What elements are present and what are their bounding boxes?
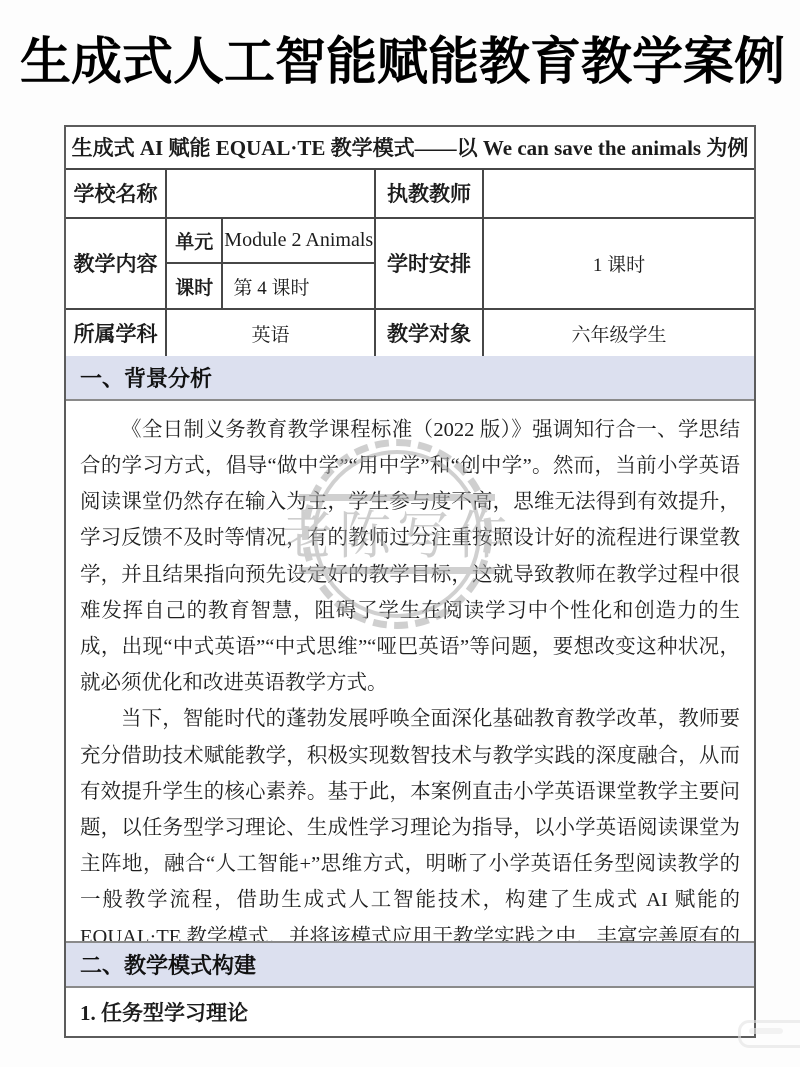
unit-value: Module 2 Animals: [223, 219, 374, 263]
audience-label: 教学对象: [376, 310, 484, 356]
subject-value: 英语: [167, 310, 376, 356]
subsection-1-title: 1. 任务型学习理论: [80, 997, 248, 1027]
background-analysis-body: 《全日制义务教育教学课程标准（2022 版）》强调知行合一、学思结合的学习方式，…: [66, 401, 754, 942]
table-caption-row: 生成式 AI 赋能 EQUAL·TE 教学模式——以 We can save t…: [66, 127, 754, 170]
school-name-label: 学校名称: [66, 170, 167, 217]
section-1-title: 一、背景分析: [80, 362, 212, 393]
unit-label: 单元: [167, 219, 223, 263]
body-paragraph-1: 《全日制义务教育教学课程标准（2022 版）》强调知行合一、学思结合的学习方式，…: [80, 412, 740, 702]
corner-logo-watermark: [738, 1020, 800, 1048]
subsection-task-based-learning: 1. 任务型学习理论: [66, 988, 754, 1036]
section-2-title: 二、教学模式构建: [80, 949, 256, 980]
hours-label: 学时安排: [376, 219, 484, 309]
school-teacher-row: 学校名称 执教教师: [66, 170, 754, 219]
subject-label: 所属学科: [66, 310, 167, 356]
teacher-value: [484, 170, 754, 217]
teacher-label: 执教教师: [376, 170, 484, 217]
school-name-value: [167, 170, 376, 217]
lesson-value: 第 4 课时: [223, 264, 374, 308]
subject-audience-row: 所属学科 英语 教学对象 六年级学生: [66, 310, 754, 356]
body-paragraph-2: 当下，智能时代的蓬勃发展呼唤全面深化基础教育教学改革，教师要充分借助技术赋能教学…: [80, 701, 740, 941]
unit-subrow: 单元 Module 2 Animals: [167, 219, 374, 265]
teaching-case-document: 生成式 AI 赋能 EQUAL·TE 教学模式——以 We can save t…: [64, 125, 756, 1038]
page-title: 生成式人工智能赋能教育教学案例: [20, 30, 780, 94]
section-header-background-analysis: 一、背景分析: [66, 356, 754, 401]
lesson-subrow: 课时 第 4 课时: [167, 264, 374, 308]
teaching-content-row: 教学内容 单元 Module 2 Animals 课时 第 4 课时 学时安排 …: [66, 219, 754, 311]
section-header-teaching-model: 二、教学模式构建: [66, 941, 754, 988]
lesson-label: 课时: [167, 264, 223, 308]
hours-value: 1 课时: [484, 219, 754, 309]
table-caption: 生成式 AI 赋能 EQUAL·TE 教学模式——以 We can save t…: [72, 132, 749, 162]
audience-value: 六年级学生: [484, 310, 754, 356]
unit-lesson-stack: 单元 Module 2 Animals 课时 第 4 课时: [167, 219, 376, 309]
teaching-content-label: 教学内容: [66, 219, 167, 309]
